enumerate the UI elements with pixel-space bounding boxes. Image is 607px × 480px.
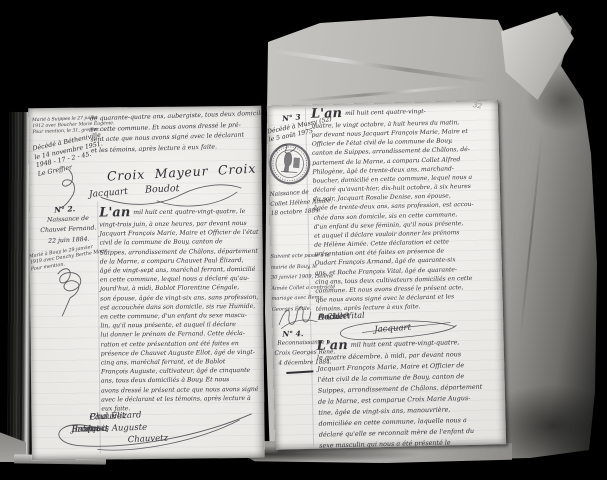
signature-flourish-icon [49, 406, 262, 458]
act-opening-word: L'an [99, 205, 130, 220]
margin-note-line: Aimée Collet a contracté [271, 282, 335, 294]
recognition-act-text: L'anmil huit cent quatre-vingt-quatre, l… [317, 336, 503, 353]
birth-act-text: L'anmil huit cent quatre-vingt- quatre, … [311, 105, 497, 122]
margin-note-line: Suivant acte passé à la [270, 250, 334, 262]
birth-act-text: L'anmil huit cent quatre-vingt-quatre, l… [99, 207, 261, 221]
act-text-line: avec le déclarant et les témoins, après … [101, 394, 260, 405]
act-body-lines: quatre, le vingt octobre, à huit heures … [311, 118, 476, 314]
paper-crease [271, 49, 489, 84]
act-number: N° 4. [282, 329, 303, 339]
register-page-right: 32 N° 3 Décédé à Mussy (52)le 5 août 197… [267, 100, 506, 450]
mairie-round-stamp-icon [267, 140, 314, 188]
act-first-line-rest: mil huit cent quatre-vingt- [345, 107, 426, 118]
act-first-line-rest: mil huit cent quatre-vingt-quatre, le [133, 207, 245, 217]
scanned-register-spread: Marié à Suippes le 27 juillet1912 avec B… [0, 0, 607, 480]
previous-act-ending: de quarante-quatre ans, aubergiste, tous… [90, 109, 261, 157]
paper-crease [519, 132, 543, 341]
register-page-left: Marié à Suippes le 27 juillet1912 avec B… [28, 106, 265, 460]
paper-crease [296, 85, 466, 103]
mention-paraph-icon [52, 264, 97, 320]
signature-boudot: Boudot [145, 183, 180, 196]
margin-act-title: Naissance deChauvet Fernand.22 juin 1884… [35, 213, 102, 247]
act-body-lines: le quatre décembre, à midi, par devant n… [317, 349, 484, 450]
act-number: N° 2. [54, 204, 76, 214]
margin-underline [286, 370, 313, 374]
act-body-lines: vingt-trois juin, à onze heures, par dev… [99, 219, 260, 414]
act-opening-word: L'an [311, 106, 342, 122]
